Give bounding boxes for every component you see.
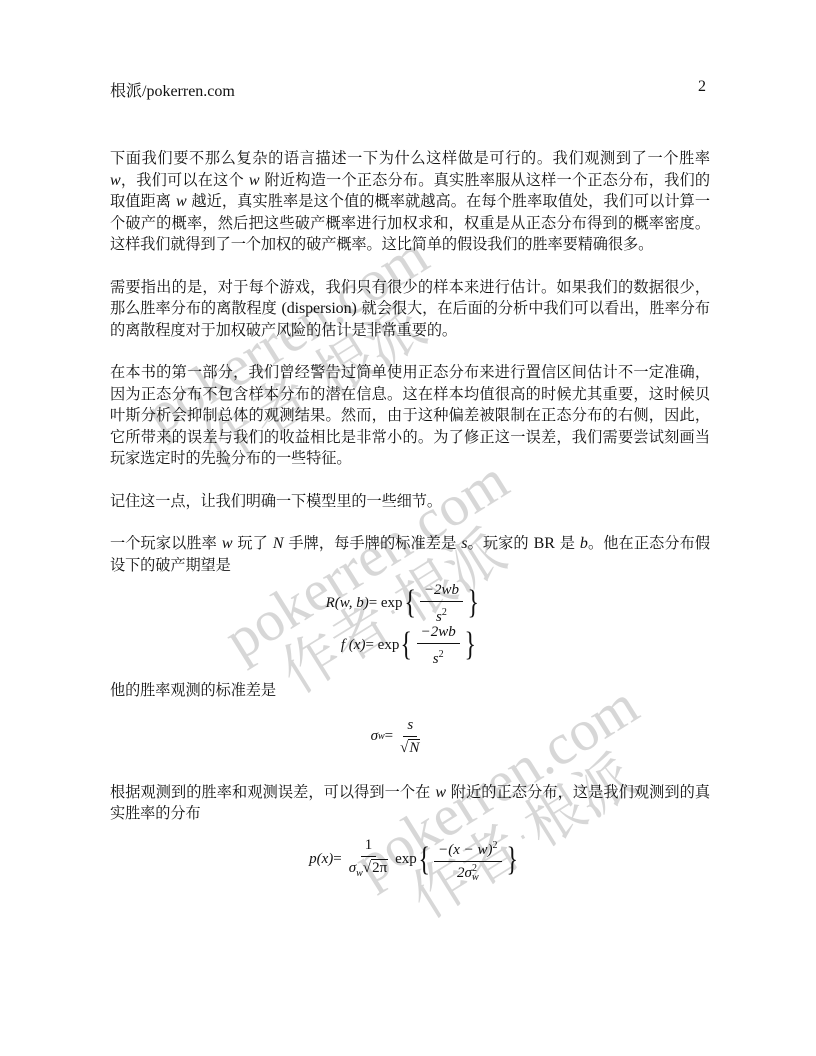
fraction: −2wb s2 — [420, 581, 463, 626]
equation-sigma-w: σw = s √N — [88, 710, 710, 764]
paragraph-6: 他的胜率观测的标准差是 — [110, 680, 710, 702]
page-header: 根派/pokerren.com 2 — [110, 78, 706, 100]
left-brace: { — [404, 586, 415, 620]
paragraph-2: 需要指出的是，对于每个游戏，我们只有很少的样本来进行估计。如果我们的数据很少，那… — [110, 277, 710, 342]
paragraph-1: 下面我们要不那么复杂的语言描述一下为什么这样做是可行的。我们观测到了一个胜率 w… — [110, 148, 710, 256]
paragraph-3: 在本书的第一部分，我们曾经警告过简单使用正态分布来进行置信区间估计不一定准确，因… — [110, 362, 710, 470]
math-var-w: w — [176, 193, 187, 210]
page-number: 2 — [698, 78, 706, 96]
right-brace: } — [464, 628, 475, 662]
latin-term: (dispersion) — [281, 300, 356, 317]
latin-term: BR — [534, 535, 555, 552]
math-var-w: w — [110, 172, 121, 189]
right-brace: } — [467, 586, 478, 620]
math-var-N: N — [273, 535, 284, 552]
math-var-w: w — [222, 535, 233, 552]
header-site-name: 根派/pokerren.com — [110, 78, 235, 101]
left-brace: { — [418, 843, 429, 877]
right-brace: } — [506, 843, 517, 877]
fraction: −2wb s2 — [417, 623, 460, 668]
page-body: 下面我们要不那么复杂的语言描述一下为什么这样做是可行的。我们观测到了一个胜率 w… — [110, 148, 710, 899]
paragraph-7: 根据观测到的胜率和观测误差，可以得到一个在 w 附近的正态分布，这是我们观测到的… — [110, 782, 710, 825]
fraction: s √N — [396, 716, 424, 757]
equation-block-sigma: σw = s √N — [88, 710, 710, 764]
left-brace: { — [401, 628, 412, 662]
equation-block-ruin: R(w, b) = exp { −2wb s2 } f (x) = exp { … — [96, 582, 710, 666]
fraction: 1 σw√2π — [345, 836, 392, 883]
fraction: −(x − w)2 2σ2w — [434, 837, 501, 883]
equation-f-of-x: f (x) = exp { −2wb s2 } — [96, 624, 710, 666]
math-var-w: w — [435, 784, 446, 801]
paragraph-4: 记住这一点，让我们明确一下模型里的一些细节。 — [110, 491, 710, 513]
equation-ruin-probability: R(w, b) = exp { −2wb s2 } — [96, 582, 710, 624]
paragraph-5: 一个玩家以胜率 w 玩了 N 手牌，每手牌的标准差是 s。玩家的 BR 是 b。… — [110, 533, 710, 576]
equation-normal-pdf: p(x) = 1 σw√2π exp { −(x − w)2 2σ2w } — [118, 835, 710, 885]
math-var-b: b — [580, 535, 588, 552]
equation-block-normal: p(x) = 1 σw√2π exp { −(x − w)2 2σ2w } — [118, 835, 710, 885]
math-var-w: w — [249, 172, 260, 189]
